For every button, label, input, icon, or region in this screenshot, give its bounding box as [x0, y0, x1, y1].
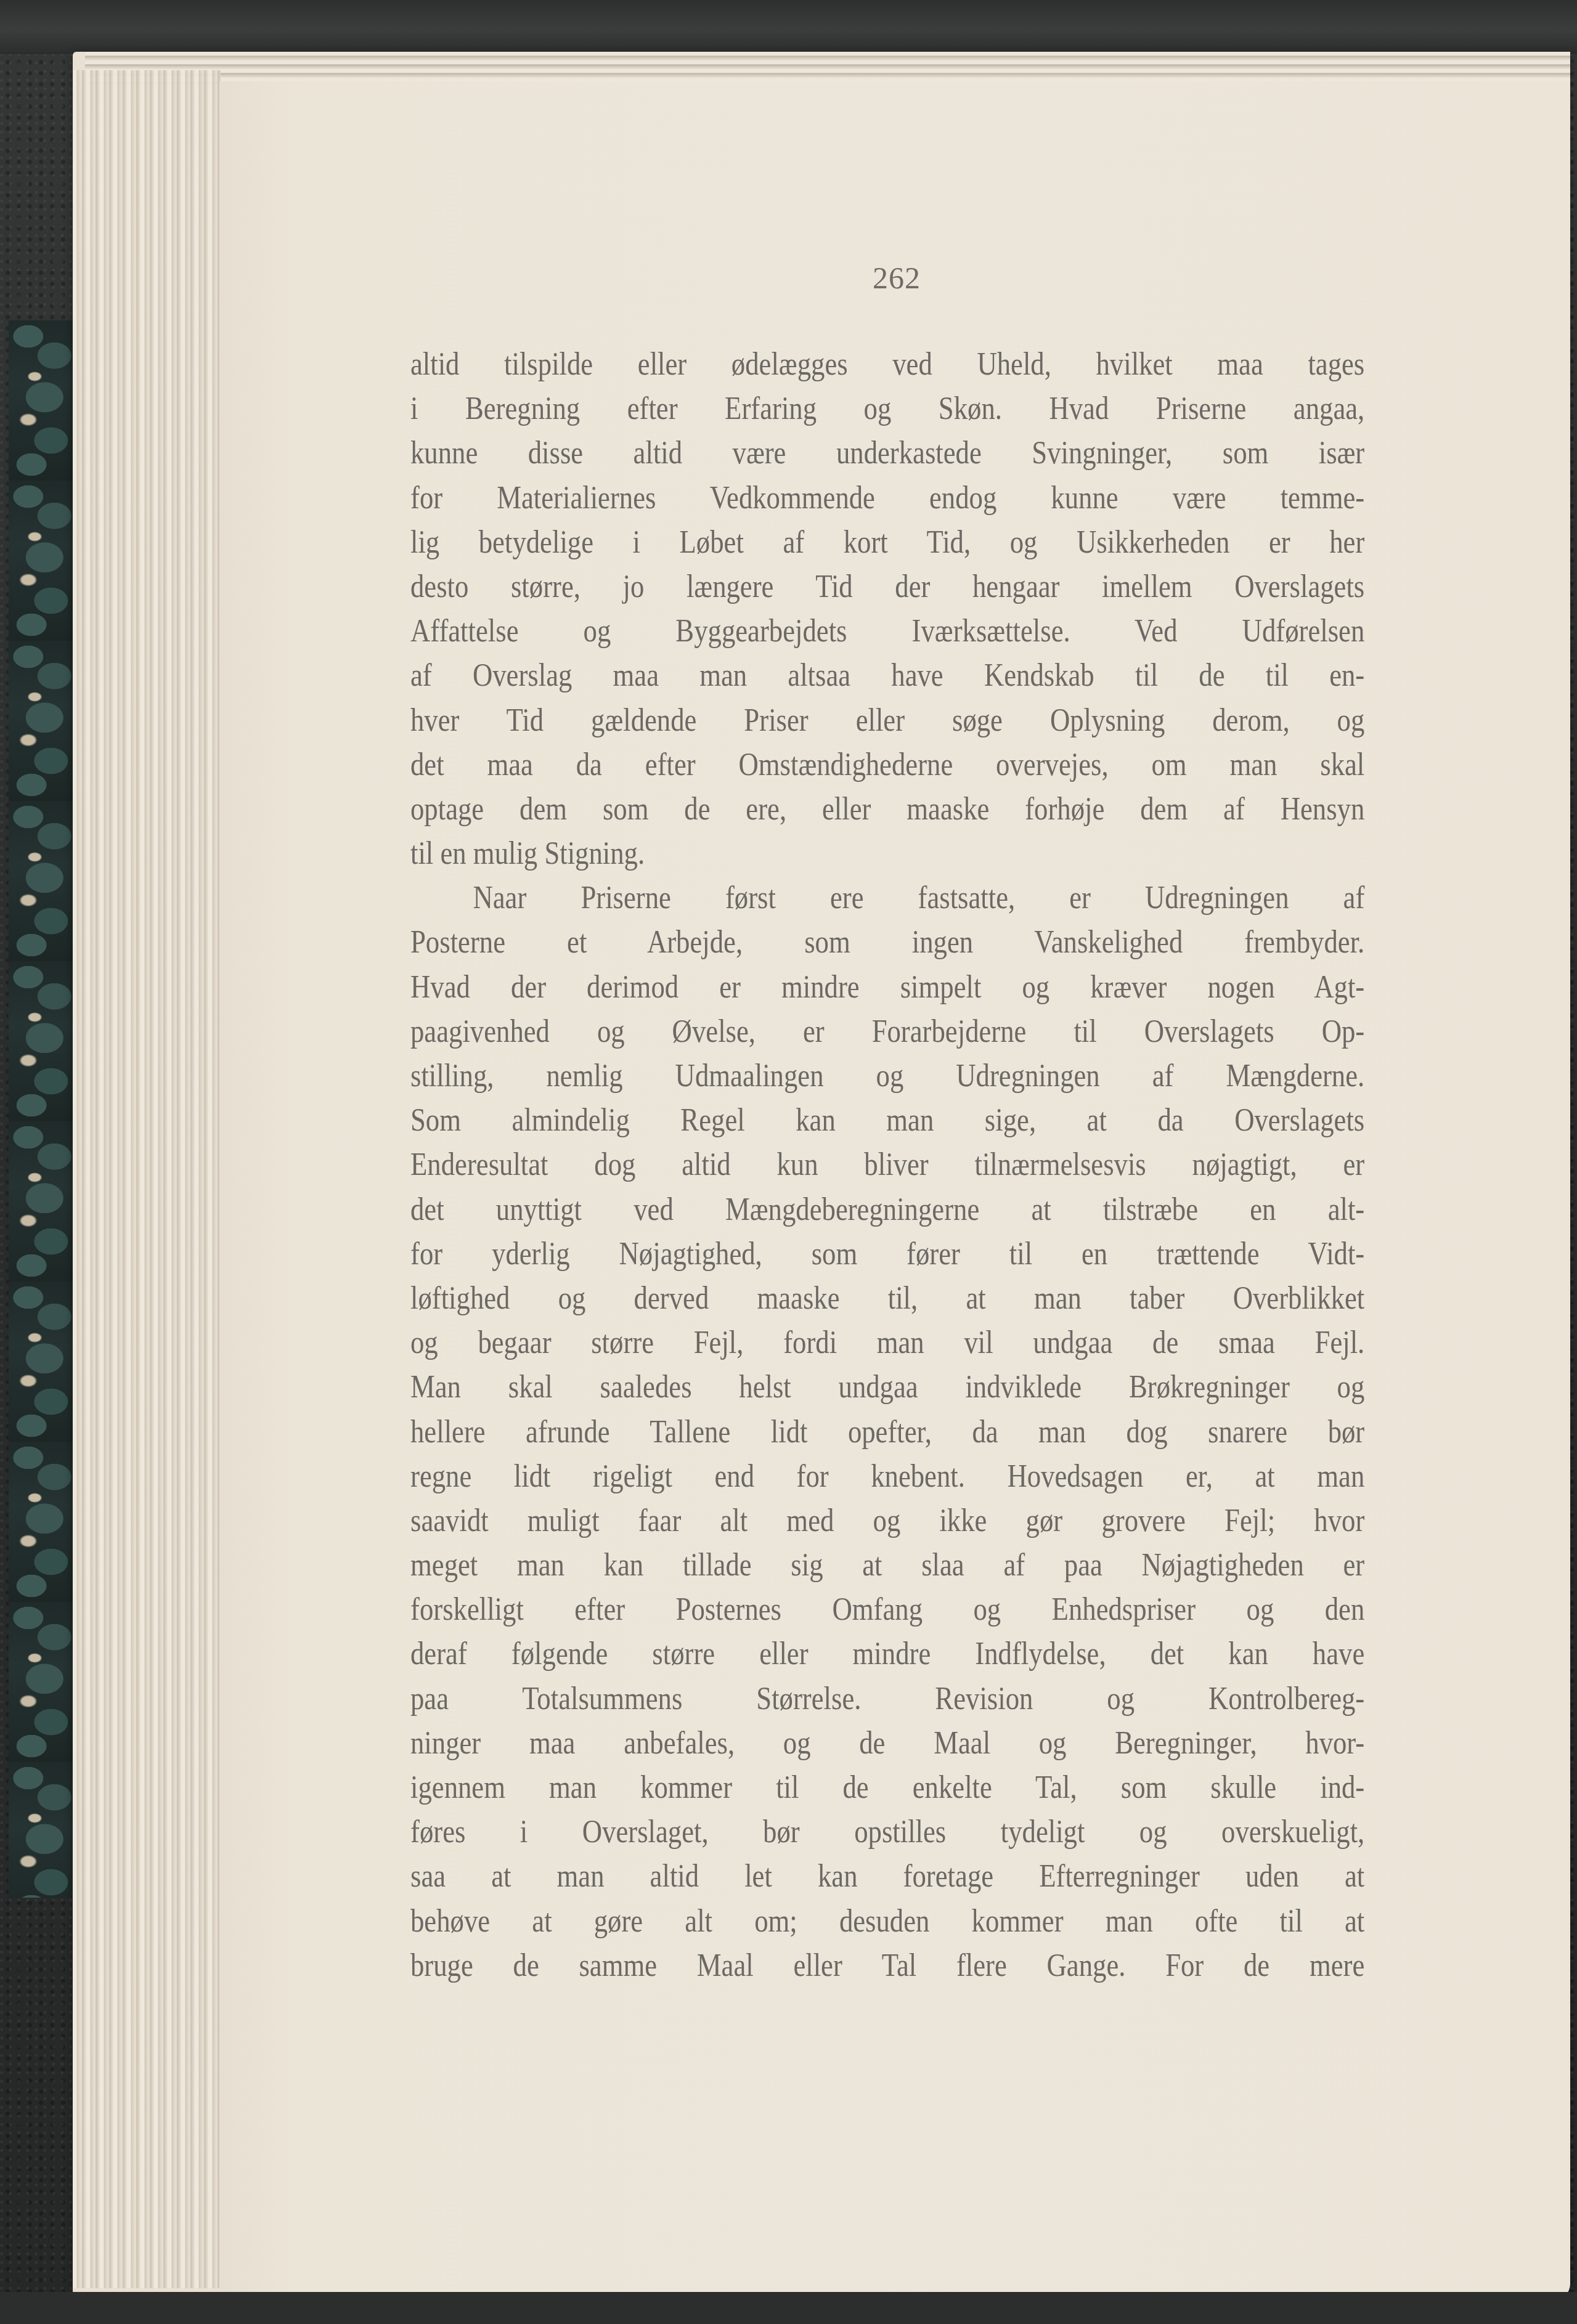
text-line: saa at man altid let kan foretage Efterr…	[410, 1855, 1364, 1899]
text-line: behøve at gøre alt om; desuden kommer ma…	[410, 1899, 1364, 1944]
text-line: meget man kan tillade sig at slaa af paa…	[410, 1543, 1364, 1588]
marbled-endpaper	[9, 320, 78, 1898]
text-line: af Overslag maa man altsaa have Kendskab…	[410, 654, 1364, 698]
text-line: Hvad der derimod er mindre simpelt og kr…	[410, 965, 1364, 1010]
text-line: bruge de samme Maal eller Tal flere Gang…	[410, 1944, 1364, 1988]
text-line: det unyttigt ved Mængdeberegningerne at …	[410, 1188, 1364, 1232]
body-text: altid tilspilde eller ødelægges ved Uhel…	[410, 343, 1364, 1988]
text-line: Som almindelig Regel kan man sige, at da…	[410, 1099, 1364, 1143]
text-line: kunne disse altid være underkastede Svin…	[410, 431, 1364, 476]
text-line: saavidt muligt faar alt med og ikke gør …	[410, 1499, 1364, 1543]
text-line: desto større, jo længere Tid der hengaar…	[410, 565, 1364, 609]
text-line: løftighed og derved maaske til, at man t…	[410, 1277, 1364, 1321]
text-line: paagivenhed og Øvelse, er Forarbejderne …	[410, 1010, 1364, 1054]
text-line: deraf følgende større eller mindre Indfl…	[410, 1632, 1364, 1676]
text-line-paragraph-end: til en mulig Stigning.	[410, 832, 1364, 876]
text-line: det maa da efter Omstændighederne overve…	[410, 743, 1364, 787]
text-line-paragraph-start: Naar Priserne først ere fastsatte, er Ud…	[410, 876, 1364, 920]
text-line: forskelligt efter Posternes Omfang og En…	[410, 1588, 1364, 1632]
text-line: og begaar større Fejl, fordi man vil und…	[410, 1321, 1364, 1365]
text-line: Affattelse og Byggearbejdets Iværksættel…	[410, 609, 1364, 654]
text-line: lig betydelige i Løbet af kort Tid, og U…	[410, 521, 1364, 565]
text-line: igennem man kommer til de enkelte Tal, s…	[410, 1766, 1364, 1810]
cover-bottom-edge	[0, 2292, 1577, 2324]
text-line: ninger maa anbefales, og de Maal og Bere…	[410, 1721, 1364, 1766]
text-line: hver Tid gældende Priser eller søge Oply…	[410, 699, 1364, 743]
text-line: i Beregning efter Erfaring og Skøn. Hvad…	[410, 387, 1364, 431]
text-line: altid tilspilde eller ødelægges ved Uhel…	[410, 343, 1364, 387]
page-number: 262	[869, 260, 924, 296]
text-line: for yderlig Nøjagtighed, som fører til e…	[410, 1232, 1364, 1277]
text-line: regne lidt rigeligt end for knebent. Hov…	[410, 1455, 1364, 1499]
text-line: paa Totalsummens Størrelse. Revision og …	[410, 1677, 1364, 1721]
text-line: stilling, nemlig Udmaalingen og Udregnin…	[410, 1054, 1364, 1099]
text-line: Man skal saaledes helst undgaa indvikled…	[410, 1365, 1364, 1410]
text-line: Posterne et Arbejde, som ingen Vanskelig…	[410, 920, 1364, 965]
page-edges-left	[73, 70, 221, 2288]
cover-top-band	[0, 0, 1577, 54]
text-line: føres i Overslaget, bør opstilles tydeli…	[410, 1810, 1364, 1855]
text-line: for Materialiernes Vedkommende endog kun…	[410, 476, 1364, 521]
text-line: hellere afrunde Tallene lidt opefter, da…	[410, 1410, 1364, 1455]
text-line: Enderesultat dog altid kun bliver tilnær…	[410, 1143, 1364, 1187]
text-line: optage dem som de ere, eller maaske forh…	[410, 787, 1364, 832]
